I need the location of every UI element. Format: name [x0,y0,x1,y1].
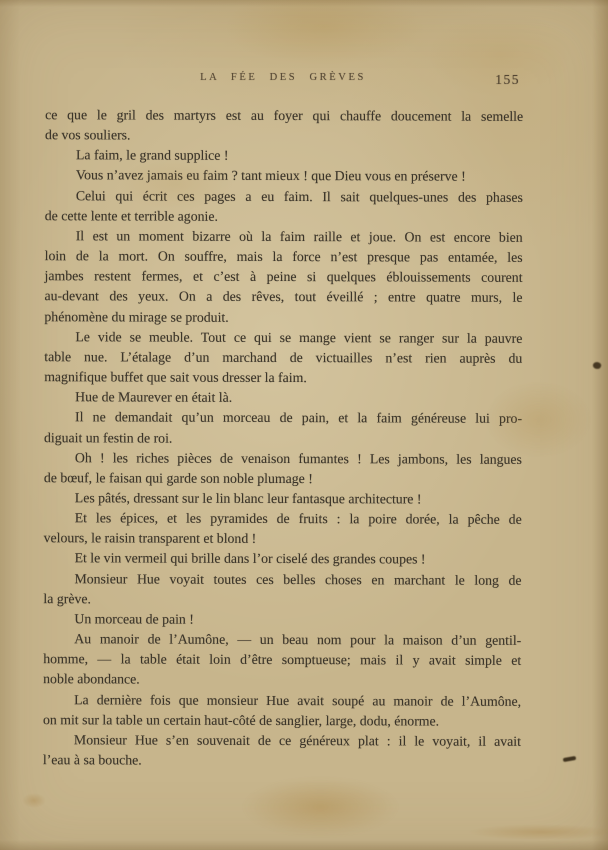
running-title: LA FÉE DES GRÈVES [44,72,522,83]
text-line: Les pâtés, dressant sur le lin blanc leu… [44,488,522,510]
book-page: LA FÉE DES GRÈVES 155 ce que le gril des… [0,0,608,850]
paper-stain [468,824,608,840]
text-line: Celui qui écrit ces pages a eu faim. Il … [45,186,523,208]
text-line: phénomène du mirage se produit. [44,307,522,329]
text-line: Monsieur Hue voyait toutes ces belles ch… [43,569,521,591]
text-line: au-devant des yeux. On a des rêves, tout… [44,287,522,309]
text-line: Et le vin vermeil qui brille dans l’or c… [44,549,522,571]
text-line: la grève. [43,589,521,611]
text-line: Vous n’avez jamais eu faim ? tant mieux … [45,166,523,188]
text-line: Hue de Maurever en était là. [44,387,522,409]
ink-speck [592,361,602,371]
text-line: jambes restent fermes, et c’est à peine … [45,266,523,288]
text-line: velours, le raisin transparent et blond … [44,528,522,550]
text-line: homme, — la table était loin d’être somp… [43,649,521,671]
text-line: La faim, le grand supplice ! [45,145,523,167]
text-line: on mit sur la table un certain haut-côté… [43,710,521,732]
text-line: Et les épices, et les pyramides de fruit… [44,508,522,530]
text-line: diguait un festin de roi. [44,428,522,450]
paper-stain [225,0,425,66]
text-line: Il ne demandait qu’un morceau de pain, e… [44,408,522,430]
text-line: Monsieur Hue s’en souvenait de ce génére… [43,730,521,752]
text-line: La dernière fois que monsieur Hue avait … [43,690,521,712]
text-line: magnifique buffet que sait vous dresser … [44,367,522,389]
text-line: Au manoir de l’Aumône, — un beau nom pou… [43,629,521,651]
text-line: table nue. L’étalage d’un marchand de vi… [44,347,522,369]
text-line: l’eau à sa bouche. [43,750,521,772]
text-line: de vos souliers. [45,125,523,147]
paper-stain [243,778,398,836]
text-line: de cette lente et terrible agonie. [45,206,523,228]
text-line: Oh ! les riches pièces de venaison fuman… [44,448,522,470]
text-line: ce que le gril des martyrs est au foyer … [45,105,523,127]
paper-stain [22,793,46,808]
page-number: 155 [495,72,520,88]
text-line: noble abondance. [43,670,521,692]
text-line: Un morceau de pain ! [43,609,521,631]
text-line: Il est un moment bizarre où la faim rail… [45,226,523,248]
text-block: ce que le gril des martyrs est au foyer … [43,105,523,772]
text-line: Le vide se meuble. Tout ce qui se mange … [44,327,522,349]
text-line: de bœuf, le faisan qui garde son noble p… [44,468,522,490]
text-line: loin de la mort. On souffre, mais la for… [45,246,523,268]
page-header: LA FÉE DES GRÈVES 155 [44,72,522,94]
ink-speck [563,756,576,762]
